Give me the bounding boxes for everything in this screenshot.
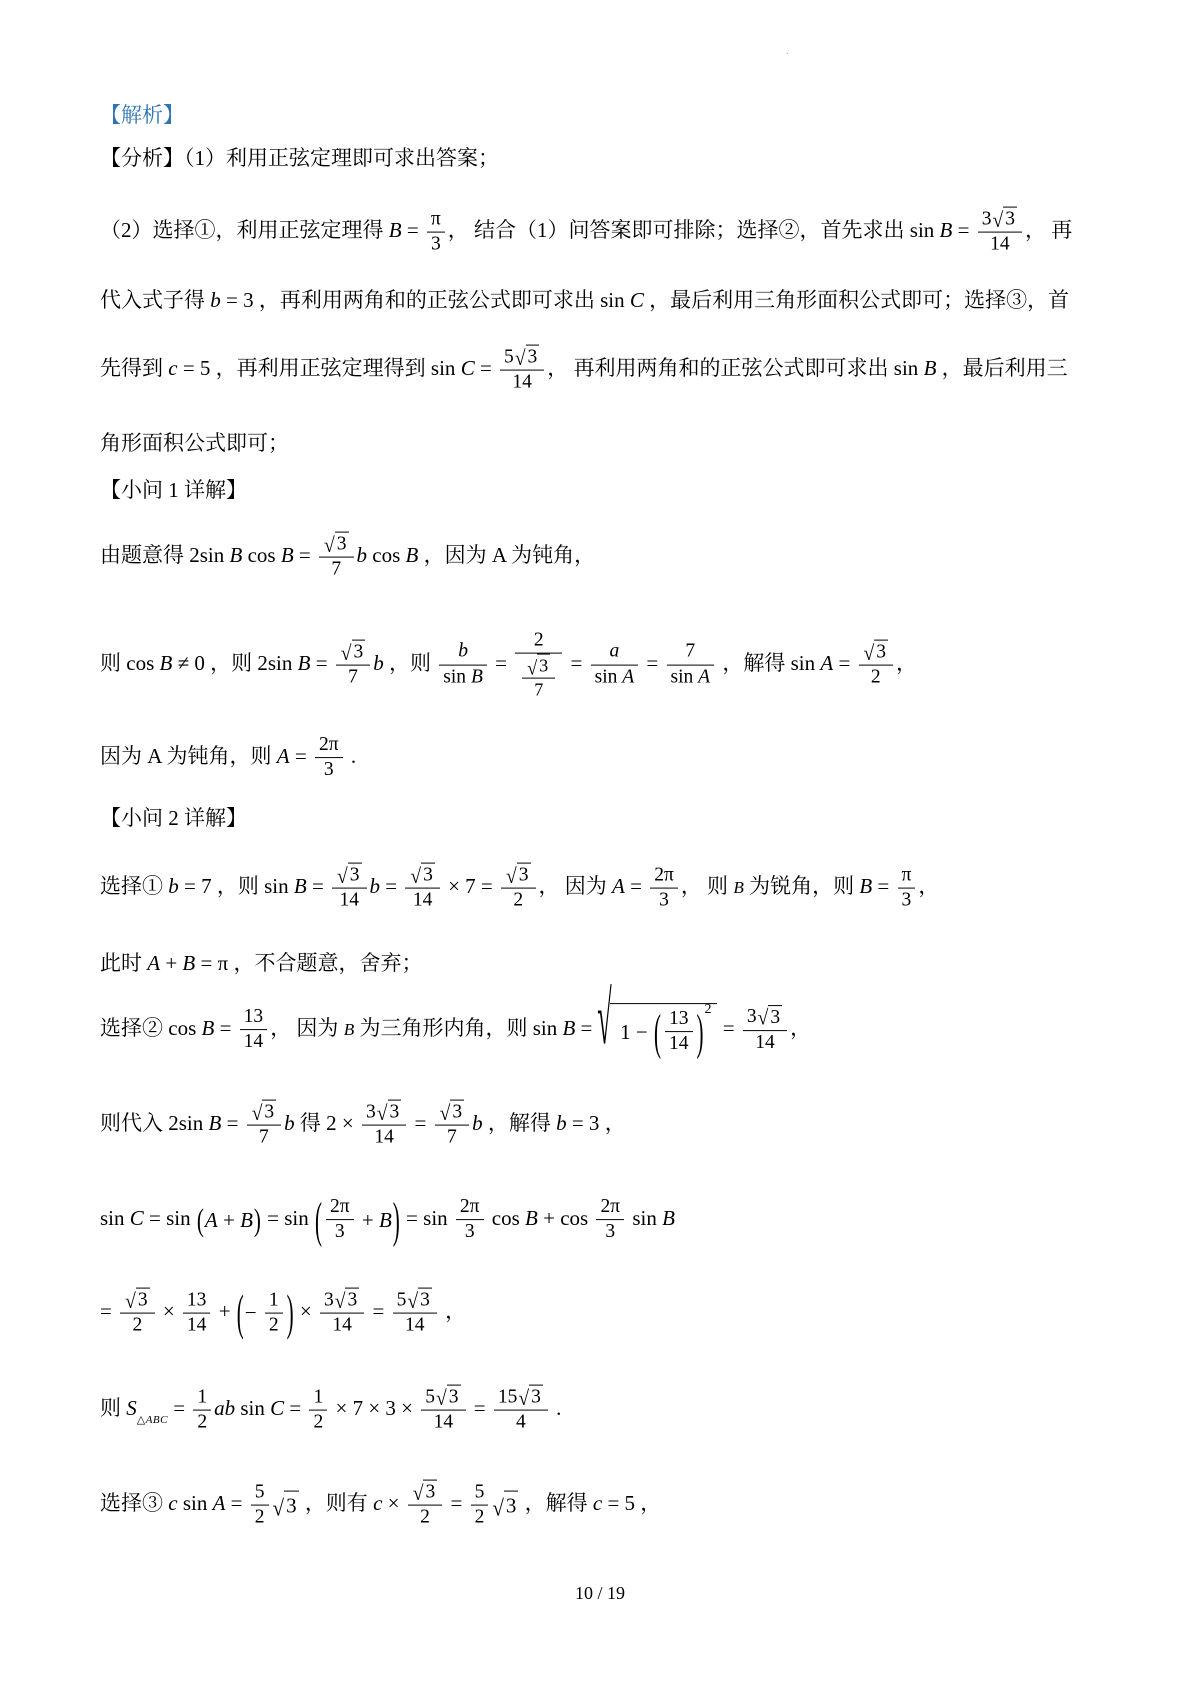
fraction: π3: [427, 207, 445, 257]
math-variable: c: [168, 356, 177, 380]
math-run: cos: [487, 1206, 526, 1230]
math-run: sin: [235, 1396, 270, 1420]
math-run: = 3: [567, 1111, 600, 1135]
math-run: 3: [337, 533, 347, 557]
math-run: = 3: [221, 288, 254, 312]
math-run: sin: [600, 288, 630, 312]
text-run: ，因为 A 为钝角，: [418, 543, 595, 567]
radical: √3: [252, 1100, 276, 1125]
line-sq2-sinC-value: = √32 × 1314 + (− 12) × 3√314 = 5√314 ，: [100, 1288, 466, 1339]
math-run: sin: [894, 356, 924, 380]
math-run: 3: [770, 1006, 780, 1030]
math-variable: B: [160, 651, 173, 675]
text-run: ，再利用两角和的正弦公式即可求出: [254, 288, 601, 312]
radical-sign-icon: √: [335, 1293, 346, 1313]
math-run: 3: [324, 759, 334, 783]
text-run: ，: [918, 874, 939, 898]
math-run: 3: [390, 1101, 400, 1125]
math-run: =: [718, 1016, 740, 1040]
line-overview-choice1-2: （2）选择①，利用正弦定理得 B = π3， 结合（1）问答案即可排除；选择②，…: [100, 207, 1072, 258]
math-run: =: [952, 218, 974, 242]
radical-sign-icon: √: [273, 1498, 285, 1520]
math-run: 13: [244, 1005, 264, 1029]
radical-sign-icon: √: [758, 1010, 769, 1030]
math-run: sin: [264, 874, 294, 898]
fraction: 5√314: [393, 1288, 437, 1339]
math-run: 2: [132, 1314, 142, 1338]
math-run: =: [565, 651, 587, 675]
radical: √3: [125, 1288, 149, 1313]
math-run: 14: [187, 1314, 207, 1338]
fraction: 52: [471, 1480, 489, 1530]
radical: √3: [864, 640, 888, 665]
radical-sign-icon: √: [125, 1293, 136, 1313]
text-run: ， 则: [681, 874, 734, 898]
text-run: 为三角形内角，则: [354, 1016, 533, 1040]
math-variable: B: [379, 1206, 392, 1234]
math-run: 3: [747, 1005, 757, 1029]
radical-sign-icon: √: [992, 212, 1003, 232]
math-run: = sin: [144, 1206, 196, 1230]
math-run: 3: [452, 1101, 462, 1125]
text-run: ，: [599, 1111, 625, 1135]
text-run: 由题意得: [100, 543, 189, 567]
math-run: +: [357, 1206, 379, 1234]
line-sq1-solve: 则 cos B ≠ 0 ，则 2sin B = √37b ，则 bsin B =…: [100, 629, 917, 702]
text-run: ，: [896, 651, 917, 675]
math-run: 2π: [460, 1195, 480, 1219]
math-run: 3: [335, 1221, 345, 1245]
math-run: = 7: [179, 874, 212, 898]
math-run: 14: [332, 1314, 352, 1338]
text-run: ，再利用正弦定理得到: [210, 356, 431, 380]
math-run: =: [469, 1396, 491, 1420]
math-run: 2: [313, 1411, 323, 1435]
fraction: √314: [332, 863, 366, 914]
math-run: 7: [348, 666, 358, 690]
math-run: 2sin: [257, 651, 297, 675]
math-variable: A: [213, 1491, 226, 1515]
math-run: 7: [331, 558, 341, 582]
math-run: + cos: [538, 1206, 594, 1230]
math-variable: B: [940, 218, 953, 242]
math-variable: B: [281, 543, 294, 567]
fraction: √37: [522, 654, 555, 701]
math-run: 2 ×: [326, 1111, 359, 1135]
text-run: ， 因为: [270, 1016, 344, 1040]
math-variable: A: [622, 666, 634, 690]
text-run: 因为 A 为钝角，则: [100, 744, 277, 768]
radical: √3: [492, 1490, 518, 1519]
math-run: 1: [313, 1385, 323, 1409]
math-run: =: [294, 543, 316, 567]
radical-sign-icon: √: [492, 1498, 504, 1520]
math-run: 14: [374, 1126, 394, 1150]
radical: √1 − (1314)2: [599, 1003, 717, 1057]
math-run: = π: [195, 951, 228, 975]
math-variable: A: [612, 874, 625, 898]
math-run: 14: [413, 889, 433, 913]
radical: √3: [518, 1385, 542, 1410]
math-variable: B: [202, 1016, 215, 1040]
math-run: 3: [286, 1491, 297, 1519]
math-run: 5: [475, 1480, 485, 1504]
math-run: =: [307, 874, 329, 898]
fraction: 3√314: [320, 1288, 364, 1339]
math-variable: b: [168, 874, 179, 898]
fraction: 1314: [240, 1005, 268, 1055]
line-sq2-area: 则 S△ABC = 12ab sin C = 12 × 7 × 3 × 5√31…: [100, 1385, 561, 1436]
radical-sign-icon: √: [410, 868, 421, 888]
math-variable: B: [562, 1016, 575, 1040]
math-run: π: [902, 863, 912, 887]
math-run: =: [100, 1299, 117, 1323]
math-run: 2π: [319, 733, 339, 757]
math-variable: B: [662, 1206, 675, 1230]
math-variable: A: [205, 1206, 218, 1234]
math-run: 2: [534, 629, 544, 653]
fraction: √32: [408, 1480, 442, 1531]
fraction: √32: [501, 863, 535, 914]
math-variable: b: [370, 874, 381, 898]
math-variable: B: [240, 1206, 253, 1234]
math-variable: C: [461, 356, 475, 380]
math-run: =: [284, 1396, 306, 1420]
math-run: 3: [605, 1221, 615, 1245]
math-run: 3: [982, 207, 992, 231]
math-variable: B: [859, 874, 872, 898]
radical: √3: [515, 345, 539, 370]
math-run: 3: [431, 233, 441, 257]
radical-sign-icon: √: [515, 350, 526, 370]
radical-sign-icon: √: [324, 537, 335, 557]
fraction: 5√314: [500, 345, 544, 396]
math-run: 2: [197, 1411, 207, 1435]
superscript: 2: [705, 1001, 712, 1020]
math-variable: B: [406, 543, 419, 567]
math-variable: B: [209, 1111, 222, 1135]
fraction: 7sin A: [667, 640, 715, 690]
text-run: ，解得: [717, 651, 791, 675]
math-variable: c: [373, 1491, 382, 1515]
math-run: = sin: [262, 1206, 314, 1230]
radical-sign-icon: √: [436, 1390, 447, 1410]
math-run: 3: [531, 1386, 541, 1410]
line-sq2-choice2: 选择② cos B = 1314， 因为 B 为三角形内角，则 sin B = …: [100, 1003, 811, 1057]
fraction: 52: [251, 1480, 269, 1530]
math-run: 1: [197, 1385, 207, 1409]
text-run: 【小问 1 详解】: [100, 478, 247, 502]
math-run: 2: [871, 666, 881, 690]
fraction: √32: [859, 640, 893, 691]
math-run: 3: [420, 1289, 430, 1313]
text-run: .: [346, 744, 357, 768]
math-run: 2π: [600, 1195, 620, 1219]
text-run: ， 结合（1）问答案即可排除；选择②，首先求出: [448, 218, 910, 242]
math-run: cos: [242, 543, 281, 567]
math-run: × 7 × 3 ×: [330, 1396, 418, 1420]
math-variable-small: B: [344, 1020, 355, 1039]
math-run: 3: [324, 1288, 334, 1312]
math-variable: b: [284, 1111, 295, 1135]
math-run: 7: [447, 1126, 457, 1150]
text-run: ，解得: [519, 1491, 593, 1515]
math-run: = 5: [178, 356, 211, 380]
math-variable: c: [168, 1491, 177, 1515]
fraction: 15√34: [494, 1385, 548, 1436]
math-run: cos: [367, 543, 406, 567]
text-run: ，则有: [300, 1491, 374, 1515]
math-run: 2: [420, 1506, 430, 1530]
math-run: sin: [595, 666, 623, 690]
fraction: 3√314: [362, 1100, 406, 1151]
math-run: 13: [669, 1007, 689, 1031]
math-run: 3: [659, 889, 669, 913]
radical: √3: [273, 1490, 299, 1519]
text-run: ，最后利用三角形面积公式即可；选择③，首: [644, 288, 1069, 312]
text-run: ，则: [212, 874, 265, 898]
math-run: +: [218, 1206, 240, 1234]
text-run: ，解得: [483, 1111, 557, 1135]
math-run: 14: [434, 1411, 454, 1435]
fraction: 12: [193, 1385, 211, 1435]
math-variable: S: [126, 1396, 137, 1420]
math-variable: A: [277, 744, 290, 768]
math-run: ×: [295, 1299, 317, 1323]
subscript: △ABC: [137, 1414, 168, 1426]
math-run: 14: [512, 371, 532, 395]
text-run: ， 再: [1025, 218, 1072, 242]
math-run: 3: [519, 864, 529, 888]
heading-jiexi: 【解析】: [100, 101, 184, 129]
math-run: 2π: [654, 863, 674, 887]
fraction: √37: [336, 640, 370, 691]
text-run: （2）选择①，利用正弦定理得: [100, 218, 389, 242]
math-variable: b: [458, 640, 468, 664]
radical-sign-icon: √: [252, 1105, 263, 1125]
fraction: √37: [319, 532, 353, 583]
math-run: 2: [475, 1506, 485, 1530]
radical: √3: [324, 532, 348, 557]
math-run: 3: [350, 864, 360, 888]
math-variable: A: [820, 651, 833, 675]
math-run: =: [402, 218, 424, 242]
fraction: 1314: [665, 1007, 693, 1057]
fraction: 2π3: [315, 733, 343, 783]
math-variable: a: [610, 640, 620, 664]
text-run: 【小问 2 详解】: [100, 806, 247, 830]
math-run: sin: [443, 666, 471, 690]
math-run: 2sin: [189, 543, 229, 567]
math-run: ×: [158, 1299, 180, 1323]
fraction: 1314: [183, 1288, 211, 1338]
line-sq2-sinC: sin C = sin (A + B) = sin (2π3 + B) = si…: [100, 1195, 675, 1245]
math-run: 3: [347, 1289, 357, 1313]
math-variable: c: [593, 1491, 602, 1515]
math-run: 3: [366, 1100, 376, 1124]
text-run: 则代入: [100, 1111, 168, 1135]
line-sq2-choice3: 选择③ c sin A = 52√3 ，则有 c × √32 = 52√3 ，解…: [100, 1480, 661, 1531]
line-sq2-b3: 则代入 2sin B = √37b 得 2 × 3√314 = √37b ，解得…: [100, 1100, 626, 1151]
math-run: 13: [187, 1288, 207, 1312]
text-run: ，不合题意，舍弃；: [228, 951, 422, 975]
math-variable: A: [698, 666, 710, 690]
fraction: π3: [898, 863, 916, 913]
math-run: 3: [539, 655, 548, 678]
math-run: 2π: [330, 1195, 350, 1219]
math-run: sin: [627, 1206, 662, 1230]
text-run: ，则: [384, 651, 437, 675]
math-run: 14: [244, 1031, 264, 1055]
math-run: =: [367, 1299, 389, 1323]
math-run: 3: [449, 1386, 459, 1410]
radical: √3: [758, 1005, 782, 1030]
math-run: 5: [255, 1480, 265, 1504]
math-variable: B: [389, 218, 402, 242]
document-page: { "page": { "footer_page_number": "10 / …: [0, 0, 1200, 1697]
math-run: =: [625, 874, 647, 898]
math-run: =: [168, 1396, 190, 1420]
fraction: 2π3: [456, 1195, 484, 1245]
math-run: =: [214, 1016, 236, 1040]
math-run: 2: [255, 1506, 265, 1530]
math-run: =: [490, 651, 512, 675]
line-sq1-given: 由题意得 2sin B cos B = √37b cos B ，因为 A 为钝角…: [100, 532, 595, 583]
line-sq2-choice1: 选择① b = 7 ，则 sin B = √314b = √314 × 7 = …: [100, 863, 939, 914]
math-variable: ab: [214, 1396, 235, 1420]
radical: √3: [410, 863, 434, 888]
radical: √3: [506, 863, 530, 888]
fraction: 2√37: [515, 629, 562, 702]
math-run: =: [380, 874, 402, 898]
fraction: asin A: [591, 640, 639, 690]
math-run: sin: [910, 218, 940, 242]
page-number: 10 / 19: [0, 1583, 1200, 1604]
parenthesis-group: (2π3 + B): [314, 1195, 401, 1245]
radical: √3: [527, 654, 550, 678]
radical-sign-icon: √: [518, 1390, 529, 1410]
radical-sign-icon: √: [506, 868, 517, 888]
math-run: cos: [168, 1016, 201, 1040]
math-run: =: [221, 1111, 243, 1135]
math-run: 3: [138, 1289, 148, 1313]
line-sq1-result: 因为 A 为钝角，则 A = 2π3 .: [100, 733, 356, 783]
math-variable: B: [294, 874, 307, 898]
math-run: =: [833, 651, 855, 675]
math-run: =: [290, 744, 312, 768]
radical-sign-icon: √: [440, 1105, 451, 1125]
math-run: 2: [513, 889, 523, 913]
math-variable: B: [525, 1206, 538, 1230]
radical-sign-icon: √: [337, 868, 348, 888]
line-fenxi: 【分析】（1）利用正弦定理即可求出答案；: [100, 144, 499, 172]
radical-sign-icon: √: [341, 645, 352, 665]
math-run: +: [213, 1299, 235, 1323]
math-run: 5: [425, 1385, 435, 1409]
parenthesis-group: (1314): [653, 1007, 705, 1057]
radical-sign-icon: √: [864, 645, 875, 665]
text-run: .: [551, 1396, 562, 1420]
math-run: 3: [425, 1481, 435, 1505]
math-run: 1 −: [620, 1018, 653, 1046]
text-run: 先得到: [100, 356, 168, 380]
fraction: √32: [120, 1288, 154, 1339]
line-overview-choice3: 先得到 c = 5 ，再利用正弦定理得到 sin C = 5√314， 再利用两…: [100, 345, 1068, 396]
text-run: 代入式子得: [100, 288, 210, 312]
radical: √3: [335, 1288, 359, 1313]
math-run: × 7 =: [443, 874, 498, 898]
math-run: 5: [397, 1288, 407, 1312]
math-variable: A: [147, 951, 160, 975]
math-run: 3: [354, 641, 364, 665]
text-run: 得: [295, 1111, 327, 1135]
text-run: ，: [440, 1299, 466, 1323]
stray-mark: .: [786, 46, 789, 57]
math-run: sin: [791, 651, 821, 675]
radical: √3: [341, 640, 365, 665]
parenthesis-group: (− 12): [236, 1288, 295, 1338]
radical: √3: [992, 207, 1016, 232]
text-run: ，: [790, 1016, 811, 1040]
fraction: 3√314: [978, 207, 1022, 258]
math-run: 3: [465, 1221, 475, 1245]
text-run: 【解析】: [100, 103, 184, 127]
math-run: cos: [126, 651, 159, 675]
math-run: 14: [340, 889, 360, 913]
parenthesis-group: (A + B): [196, 1206, 262, 1234]
math-variable: B: [230, 543, 243, 567]
math-variable: C: [630, 288, 644, 312]
radical: √3: [337, 863, 361, 888]
math-run: 4: [516, 1411, 526, 1435]
math-run: 3: [506, 1491, 517, 1519]
radical-sign-icon: √: [527, 659, 537, 678]
math-run: 14: [755, 1031, 775, 1055]
math-run: 15: [498, 1385, 518, 1409]
heading-subq2: 【小问 2 详解】: [100, 804, 247, 832]
math-run: 3: [423, 864, 433, 888]
math-run: =: [575, 1016, 597, 1040]
math-run: sin: [431, 356, 461, 380]
math-run: −: [245, 1299, 262, 1327]
math-run: =: [872, 874, 894, 898]
math-run: 14: [990, 233, 1010, 257]
fraction: 12: [309, 1385, 327, 1435]
fraction: 3√314: [743, 1005, 787, 1056]
math-run: 3: [528, 346, 538, 370]
math-run: 7: [685, 640, 695, 664]
fraction: 2π3: [596, 1195, 624, 1245]
math-variable: B: [471, 666, 483, 690]
math-run: sin: [533, 1016, 563, 1040]
radical: √3: [407, 1288, 431, 1313]
text-run: ， 因为: [539, 874, 613, 898]
math-run: 3: [1005, 208, 1015, 232]
math-run: 2: [269, 1314, 279, 1338]
math-variable-small: B: [733, 878, 744, 897]
fraction: 2π3: [650, 863, 678, 913]
math-run: 3: [902, 889, 912, 913]
fraction: 2π3: [326, 1195, 354, 1245]
math-variable: B: [298, 651, 311, 675]
math-run: 3: [264, 1101, 274, 1125]
math-run: sin: [100, 1206, 130, 1230]
math-run: =: [409, 1111, 431, 1135]
math-variable: b: [472, 1111, 483, 1135]
math-run: =: [475, 356, 497, 380]
math-run: 14: [405, 1314, 425, 1338]
line-overview-end: 角形面积公式即可；: [100, 429, 289, 457]
